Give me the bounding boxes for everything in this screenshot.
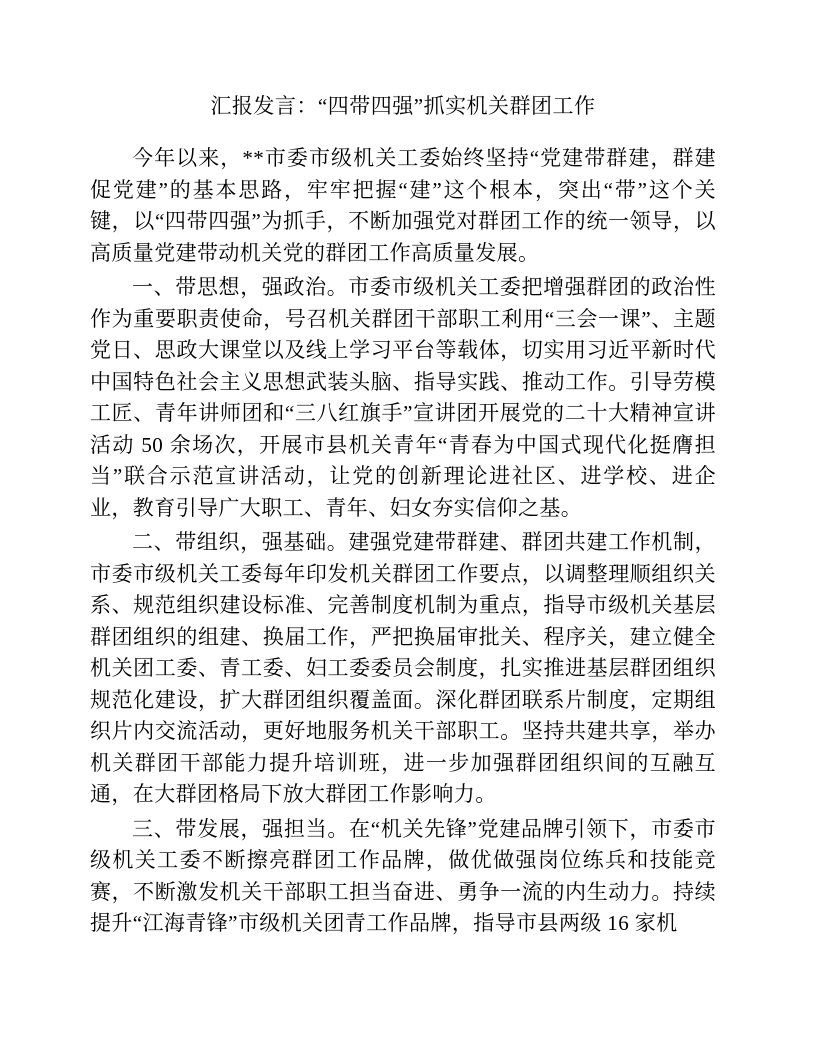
paragraph-section-2: 二、带组织，强基础。建强党建带群建、群团共建工作机制，市委市级机关工委每年印发机… — [90, 527, 716, 811]
document-page: 汇报发言：“四带四强”抓实机关群团工作 今年以来，**市委市级机关工委始终坚持“… — [0, 0, 816, 1056]
document-title: 汇报发言：“四带四强”抓实机关群团工作 — [90, 90, 716, 122]
paragraph-intro: 今年以来，**市委市级机关工委始终坚持“党建带群建，群建促党建”的基本思路，牢牢… — [90, 143, 716, 269]
paragraph-section-1: 一、带思想，强政治。市委市级机关工委把增强群团的政治性作为重要职责使命，号召机关… — [90, 272, 716, 524]
paragraph-section-3: 三、带发展，强担当。在“机关先锋”党建品牌引领下，市委市级机关工委不断擦亮群团工… — [90, 814, 716, 940]
